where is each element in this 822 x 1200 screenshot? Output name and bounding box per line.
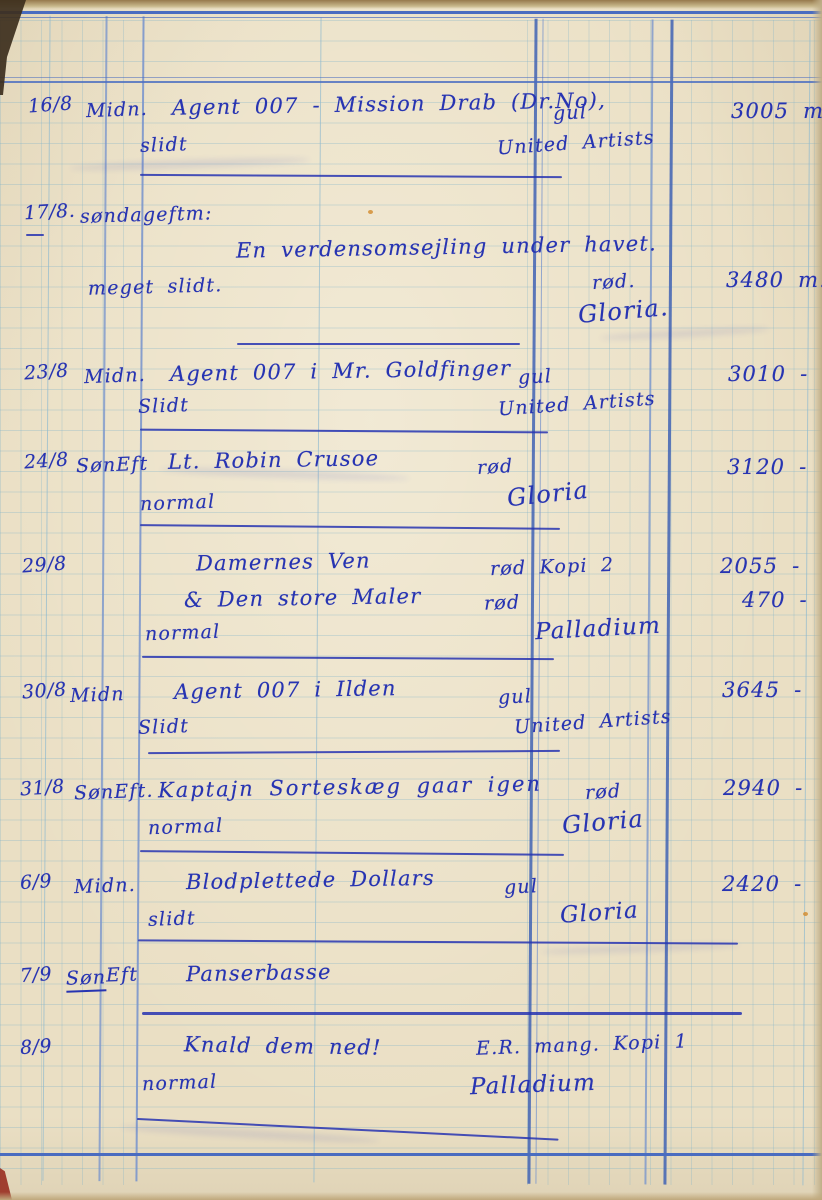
print-condition: slidt bbox=[140, 133, 188, 157]
column-line bbox=[42, 16, 50, 1181]
entry-date: 23/8 bbox=[23, 359, 69, 384]
entry-amount: 3010 - bbox=[728, 362, 808, 386]
film-title: Lt. Robin Crusoe bbox=[168, 446, 380, 474]
film-title: Damernes Ven bbox=[196, 548, 371, 575]
print-condition: meget slidt. bbox=[88, 274, 223, 300]
top-border-line bbox=[0, 11, 822, 14]
print-condition: normal bbox=[145, 621, 221, 646]
top-border-line-2 bbox=[0, 17, 822, 18]
column-line bbox=[135, 16, 144, 1181]
entry-session: Midn. bbox=[84, 364, 147, 388]
entry-separator-stroke bbox=[237, 343, 520, 345]
ink-fleck bbox=[803, 912, 808, 916]
entry-session: Midn bbox=[70, 683, 125, 707]
print-color: gul bbox=[497, 685, 532, 709]
print-condition: normal bbox=[140, 491, 216, 516]
entry-date: 16/8 bbox=[27, 92, 73, 117]
entry-session-underlined: Søn bbox=[66, 966, 107, 992]
print-condition: slidt bbox=[148, 907, 196, 931]
ink-fleck bbox=[368, 210, 373, 214]
entry-session: Eft bbox=[106, 963, 139, 986]
film-title-2: & Den store Maler bbox=[184, 584, 422, 612]
column-line bbox=[663, 20, 673, 1185]
film-title: Knald dem ned! bbox=[184, 1032, 382, 1059]
entry-amount-2: 470 - bbox=[742, 588, 808, 612]
entry-amount: 3480 m. bbox=[726, 268, 822, 292]
entry-amount: 2940 - bbox=[723, 776, 803, 800]
entry-date: 30/8 bbox=[21, 678, 67, 703]
column-line bbox=[644, 19, 653, 1184]
entry-session: Midn. bbox=[74, 874, 137, 898]
entry-session: søndageftm: bbox=[80, 202, 213, 227]
entry-session: Midn. bbox=[86, 98, 149, 122]
entry-date: 7/9 bbox=[19, 963, 53, 987]
print-condition: Slidt bbox=[138, 394, 190, 418]
ledger-page: 16/8 Midn. Agent 007 - Mission Drab (Dr.… bbox=[0, 0, 822, 1200]
print-condition: Slidt bbox=[138, 715, 190, 739]
print-color: rød. bbox=[591, 270, 636, 294]
print-color: gul bbox=[503, 875, 538, 899]
entry-amount: 3005 m bbox=[731, 99, 822, 123]
print-color-2: rød bbox=[484, 591, 521, 614]
entry-amount: 2420 - bbox=[722, 872, 802, 896]
print-color: rød bbox=[584, 780, 621, 804]
print-color: gul bbox=[517, 365, 552, 389]
entry-amount: 3120 - bbox=[727, 455, 807, 479]
header-line bbox=[0, 81, 822, 83]
distributor: Palladium bbox=[470, 1070, 597, 1100]
entry-date: 17/8. bbox=[23, 200, 75, 225]
distributor: Gloria bbox=[559, 897, 639, 928]
page-right-edge bbox=[812, 0, 822, 1200]
entry-date: 31/8 bbox=[19, 775, 65, 800]
bottom-border-line bbox=[0, 1153, 822, 1156]
print-color: rød bbox=[476, 455, 513, 479]
film-title: Blodplettede Dollars bbox=[186, 866, 435, 894]
entry-date: 8/9 bbox=[19, 1035, 53, 1059]
date-underline-dash bbox=[26, 234, 44, 236]
column-line bbox=[535, 19, 543, 1184]
entry-session: SønEft bbox=[76, 453, 149, 478]
print-color: gul bbox=[552, 101, 587, 125]
print-color: rød Kopi 2 bbox=[490, 554, 615, 580]
entry-amount: 3645 - bbox=[722, 678, 802, 702]
entry-date: 24/8 bbox=[23, 448, 69, 473]
page-top-edge bbox=[0, 0, 822, 9]
entry-date: 29/8 bbox=[21, 552, 67, 577]
page-bottom-edge bbox=[0, 1192, 822, 1200]
header-line-light bbox=[0, 77, 822, 78]
film-title: Panserbasse bbox=[186, 960, 332, 987]
entry-date: 6/9 bbox=[19, 870, 53, 894]
column-line bbox=[98, 16, 107, 1181]
print-condition: normal bbox=[142, 1071, 218, 1096]
entry-session: SønEft. bbox=[74, 780, 154, 805]
print-condition: normal bbox=[148, 815, 224, 840]
entry-separator-stroke bbox=[142, 1012, 742, 1015]
entry-amount: 2055 - bbox=[720, 554, 800, 578]
film-title: Agent 007 i Ilden bbox=[174, 676, 397, 704]
